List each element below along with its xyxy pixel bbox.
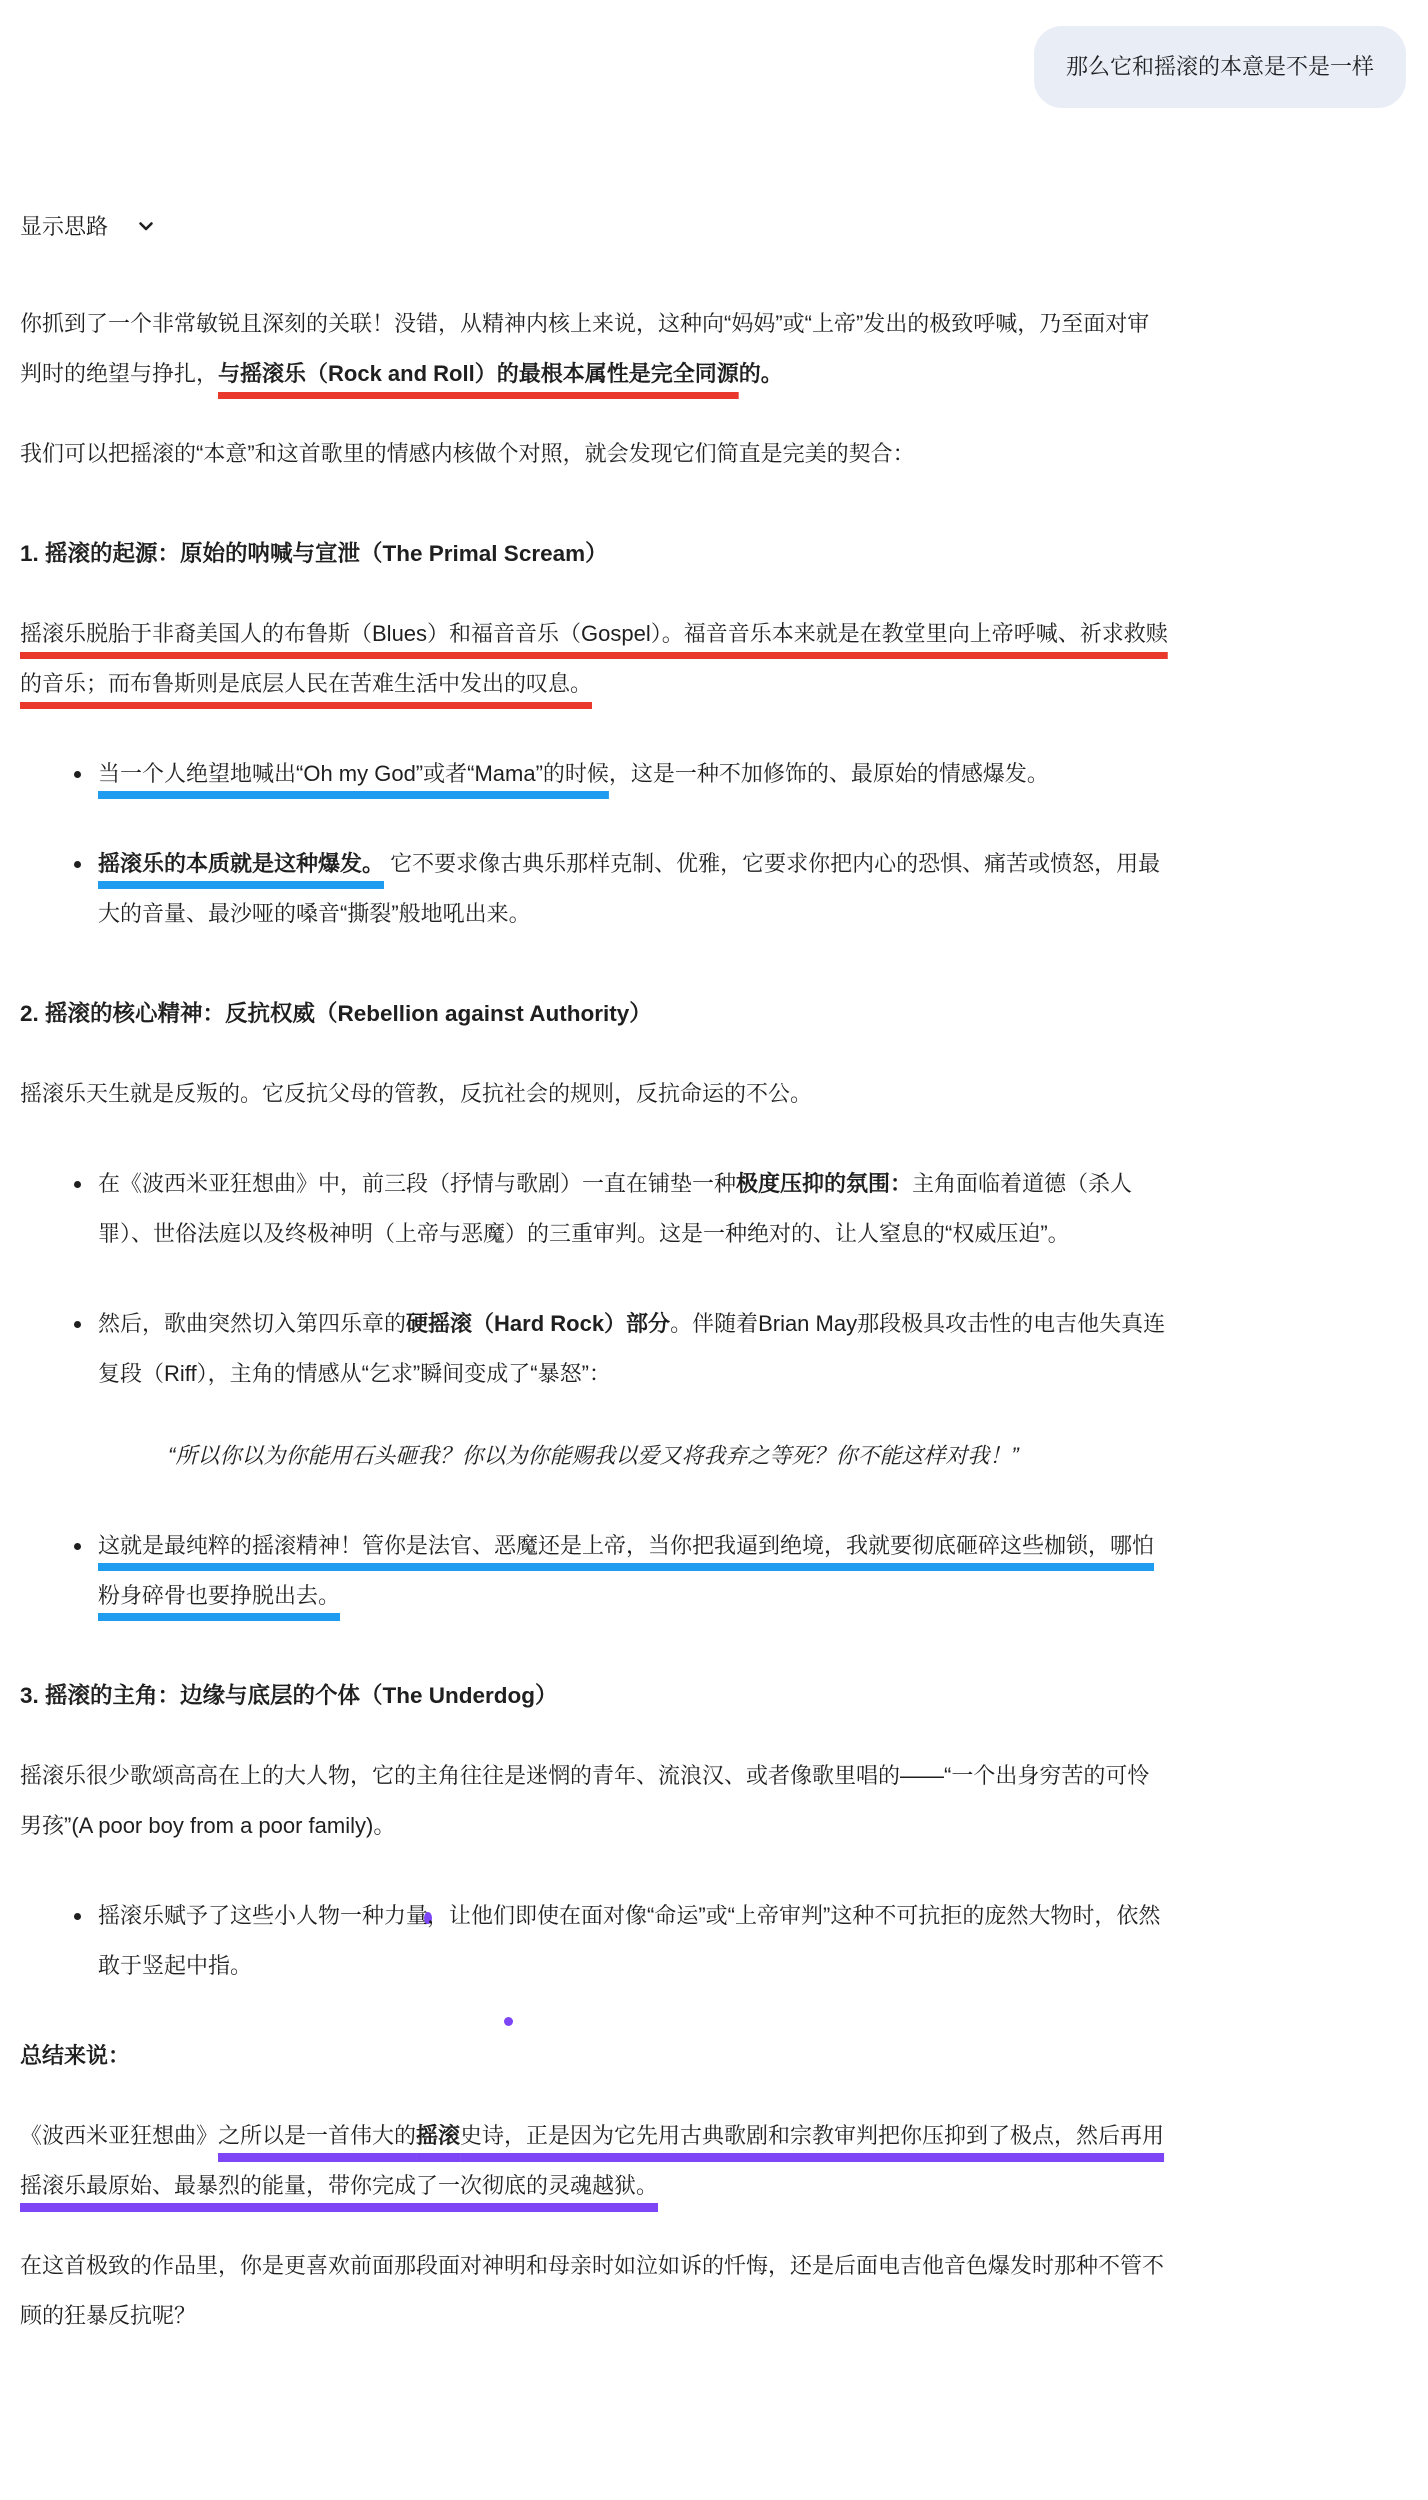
list-item-text: 摇滚乐赋予了这些小人物一种力量 (98, 1903, 428, 1928)
lyrics-quote: “所以你以为你能用石头砸我？你以为你能赐我以爱又将我弃之等死？你不能这样对我！” (168, 1431, 1170, 1481)
list-item: 摇滚乐的本质就是这种爆发。 它不要求像古典乐那样克制、优雅，它要求你把内心的恐惧… (94, 839, 1170, 939)
bold-text: 极度压抑的氛围： (736, 1171, 912, 1196)
list-item: 然后，歌曲突然切入第四乐章的硬摇滚（Hard Rock）部分。伴随着Brian … (94, 1299, 1170, 1481)
paragraph-intro: 你抓到了一个非常敏锐且深刻的关联！没错，从精神内核上来说，这种向“妈妈”或“上帝… (20, 299, 1170, 399)
section-2-paragraph: 摇滚乐天生就是反叛的。它反抗父母的管教，反抗社会的规则，反抗命运的不公。 (20, 1069, 1170, 1119)
user-message-bubble: 那么它和摇滚的本意是不是一样 (1034, 26, 1406, 108)
bold-text: 硬摇滚（Hard Rock）部分 (406, 1311, 670, 1336)
list-item-text: 然后，歌曲突然切入第四乐章的 (98, 1311, 406, 1336)
purple-underlined-bold-text: 摇滚 (416, 2123, 460, 2148)
chevron-down-icon (134, 214, 158, 238)
intro-bold-red-underline: 与摇滚乐（Rock and Roll）的最根本属性是完全同源 (218, 361, 739, 386)
section-3-list: 摇滚乐赋予了这些小人物一种力量，让他们即使在面对像“命运”或“上帝审判”这种不可… (20, 1891, 1170, 1991)
closing-question: 在这首极致的作品里，你是更喜欢前面那段面对神明和母亲时如泣如诉的忏悔，还是后面电… (20, 2241, 1170, 2341)
summary-paragraph: 《波西米亚狂想曲》之所以是一首伟大的摇滚史诗，正是因为它先用古典歌剧和宗教审判把… (20, 2111, 1170, 2211)
list-item: 这就是最纯粹的摇滚精神！管你是法官、恶魔还是上帝，当你把我逼到绝境，我就要彻底砸… (94, 1521, 1170, 1621)
list-item: 摇滚乐赋予了这些小人物一种力量，让他们即使在面对像“命运”或“上帝审判”这种不可… (94, 1891, 1170, 1991)
summary-title-text: 《波西米亚狂想曲》 (20, 2123, 218, 2148)
purple-ink-dot (504, 2017, 513, 2026)
list-item-text: ，这是一种不加修饰的、最原始的情感爆发。 (609, 761, 1049, 786)
section-2-heading: 2. 摇滚的核心精神：反抗权威（Rebellion against Author… (20, 989, 1170, 1039)
show-thinking-toggle[interactable]: 显示思路 (20, 210, 158, 241)
user-message-row: 那么它和摇滚的本意是不是一样 (20, 26, 1408, 108)
section-1-paragraph: 摇滚乐脱胎于非裔美国人的布鲁斯（Blues）和福音音乐（Gospel）。福音音乐… (20, 609, 1170, 709)
purple-underlined-text: 之所以是一首伟大的 (218, 2123, 416, 2148)
summary-heading: 总结来说： (20, 2031, 1170, 2081)
list-item: 在《波西米亚狂想曲》中，前三段（抒情与歌剧）一直在铺垫一种极度压抑的氛围：主角面… (94, 1159, 1170, 1259)
chat-page: 那么它和摇滚的本意是不是一样 显示思路 你抓到了一个非常敏锐且深刻的关联！没错，… (0, 0, 1428, 2431)
section-2-list: 在《波西米亚狂想曲》中，前三段（抒情与歌剧）一直在铺垫一种极度压抑的氛围：主角面… (20, 1159, 1170, 1621)
intro-bold-tail: 的。 (739, 361, 783, 386)
section-3-paragraph: 摇滚乐很少歌颂高高在上的大人物，它的主角往往是迷惘的青年、流浪汉、或者像歌里唱的… (20, 1751, 1170, 1851)
summary-block: 总结来说： (20, 2031, 1170, 2081)
show-thinking-label: 显示思路 (20, 210, 108, 241)
section-1-list: 当一个人绝望地喊出“Oh my God”或者“Mama”的时候，这是一种不加修饰… (20, 749, 1170, 939)
paragraph-compare: 我们可以把摇滚的“本意”和这首歌里的情感内核做个对照，就会发现它们简直是完美的契… (20, 429, 1170, 479)
bold-blue-underlined-text: 摇滚乐的本质就是这种爆发。 (98, 851, 384, 876)
red-underlined-text: 摇滚乐脱胎于非裔美国人的布鲁斯（Blues）和福音音乐（Gospel）。福音音乐… (20, 621, 1168, 696)
blue-underlined-text: 当一个人绝望地喊出“Oh my God”或者“Mama”的时候 (98, 761, 609, 786)
section-3-heading: 3. 摇滚的主角：边缘与底层的个体（The Underdog） (20, 1671, 1170, 1721)
assistant-response: 你抓到了一个非常敏锐且深刻的关联！没错，从精神内核上来说，这种向“妈妈”或“上帝… (20, 299, 1170, 2341)
section-1-heading: 1. 摇滚的起源：原始的呐喊与宣泄（The Primal Scream） (20, 529, 1170, 579)
list-item: 当一个人绝望地喊出“Oh my God”或者“Mama”的时候，这是一种不加修饰… (94, 749, 1170, 799)
blue-underlined-text: 这就是最纯粹的摇滚精神！管你是法官、恶魔还是上帝，当你把我逼到绝境，我就要彻底砸… (98, 1533, 1154, 1608)
list-item-text: 在《波西米亚狂想曲》中，前三段（抒情与歌剧）一直在铺垫一种 (98, 1171, 736, 1196)
